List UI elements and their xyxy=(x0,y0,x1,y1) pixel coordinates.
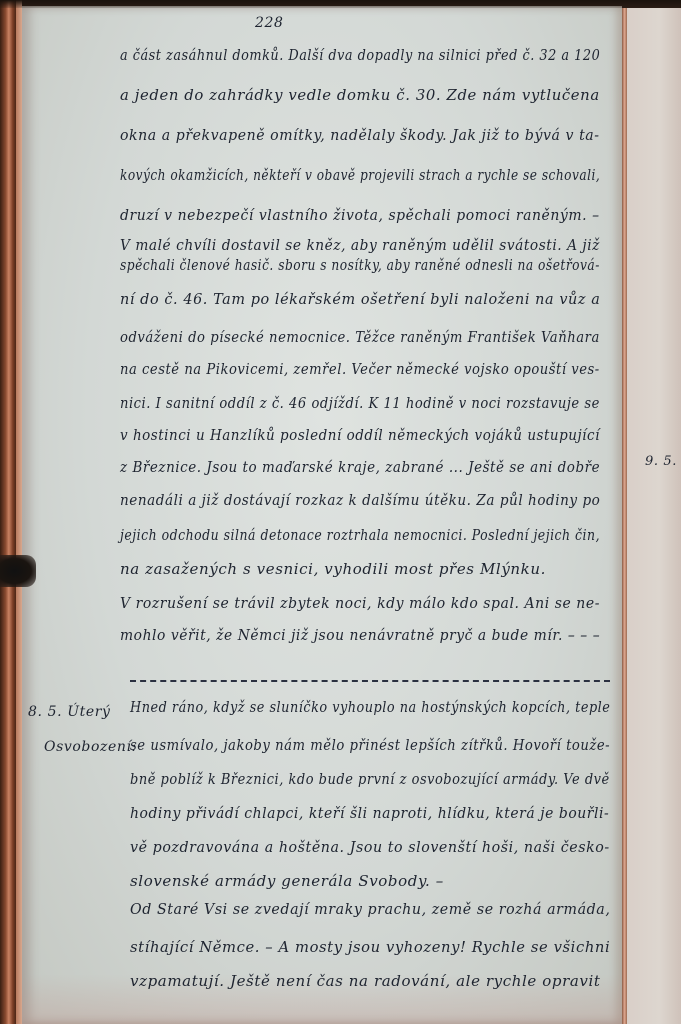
text-line: v hostinci u Hanzlíků poslední oddíl něm… xyxy=(120,428,600,443)
binder-clip xyxy=(0,555,36,587)
text-line: odváženi do písecké nemocnice. Těžce ran… xyxy=(120,330,600,345)
margin-note-liberation: Osvobození: xyxy=(44,740,137,754)
text-line: V rozrušení se trávil zbytek noci, kdy m… xyxy=(120,596,600,611)
section-separator xyxy=(130,680,610,682)
text-line: se usmívalo, jakoby nám mělo přinést lep… xyxy=(130,738,610,753)
text-line: Hned ráno, když se sluníčko vyhouplo na … xyxy=(130,700,610,715)
text-line: V malé chvíli dostavil se kněz, aby raně… xyxy=(120,238,600,253)
text-line: nenadáli a již dostávají rozkaz k dalším… xyxy=(120,493,600,508)
margin-note-date: 8. 5. Úterý xyxy=(28,705,111,719)
text-line: a část zasáhnul domků. Další dva dopadly… xyxy=(120,48,600,63)
page-number: 228 xyxy=(255,16,284,30)
text-line: hodiny přivádí chlapci, kteří šli naprot… xyxy=(130,806,609,821)
margin-note-right-date: 9. 5. xyxy=(645,455,677,468)
top-shadow xyxy=(0,0,681,8)
text-line: vzpamatují. Ještě není čas na radování, … xyxy=(130,974,601,989)
text-line: jejich odchodu silná detonace roztrhala … xyxy=(120,528,600,543)
text-line: Od Staré Vsi se zvedají mraky prachu, ze… xyxy=(130,902,610,917)
text-line: vě pozdravována a hoštěna. Jsou to slove… xyxy=(130,840,610,855)
text-line: z Březnice. Jsou to maďarské kraje, zabr… xyxy=(120,460,600,475)
text-line: a jeden do zahrádky vedle domku č. 30. Z… xyxy=(120,88,600,103)
text-line: bně poblíž k Březnici, kdo bude první z … xyxy=(130,772,610,787)
text-line: okna a překvapeně omítky, nadělaly škody… xyxy=(120,128,600,143)
text-line: nici. I sanitní oddíl z č. 46 odjíždí. K… xyxy=(120,396,600,411)
text-line: ní do č. 46. Tam po lékařském ošetření b… xyxy=(120,292,600,307)
text-line: stíhající Němce. – A mosty jsou vyhozeny… xyxy=(130,940,610,955)
book-binding xyxy=(0,0,16,1024)
text-line: na zasažených s vesnici, vyhodili most p… xyxy=(120,562,546,577)
text-line: kových okamžicích, někteří v obavě proje… xyxy=(120,168,600,183)
text-line: na cestě na Pikovicemi, zemřel. Večer ně… xyxy=(120,362,600,377)
text-line: slovenské armády generála Svobody. – xyxy=(130,874,444,889)
text-line: spěchali členové hasič. sboru s nosítky,… xyxy=(120,258,600,273)
next-page-edge xyxy=(627,8,681,1024)
text-line: mohlo věřit, že Němci již jsou nenávratn… xyxy=(120,628,600,643)
text-line: druzí v nebezpečí vlastního života, spěc… xyxy=(120,208,600,223)
